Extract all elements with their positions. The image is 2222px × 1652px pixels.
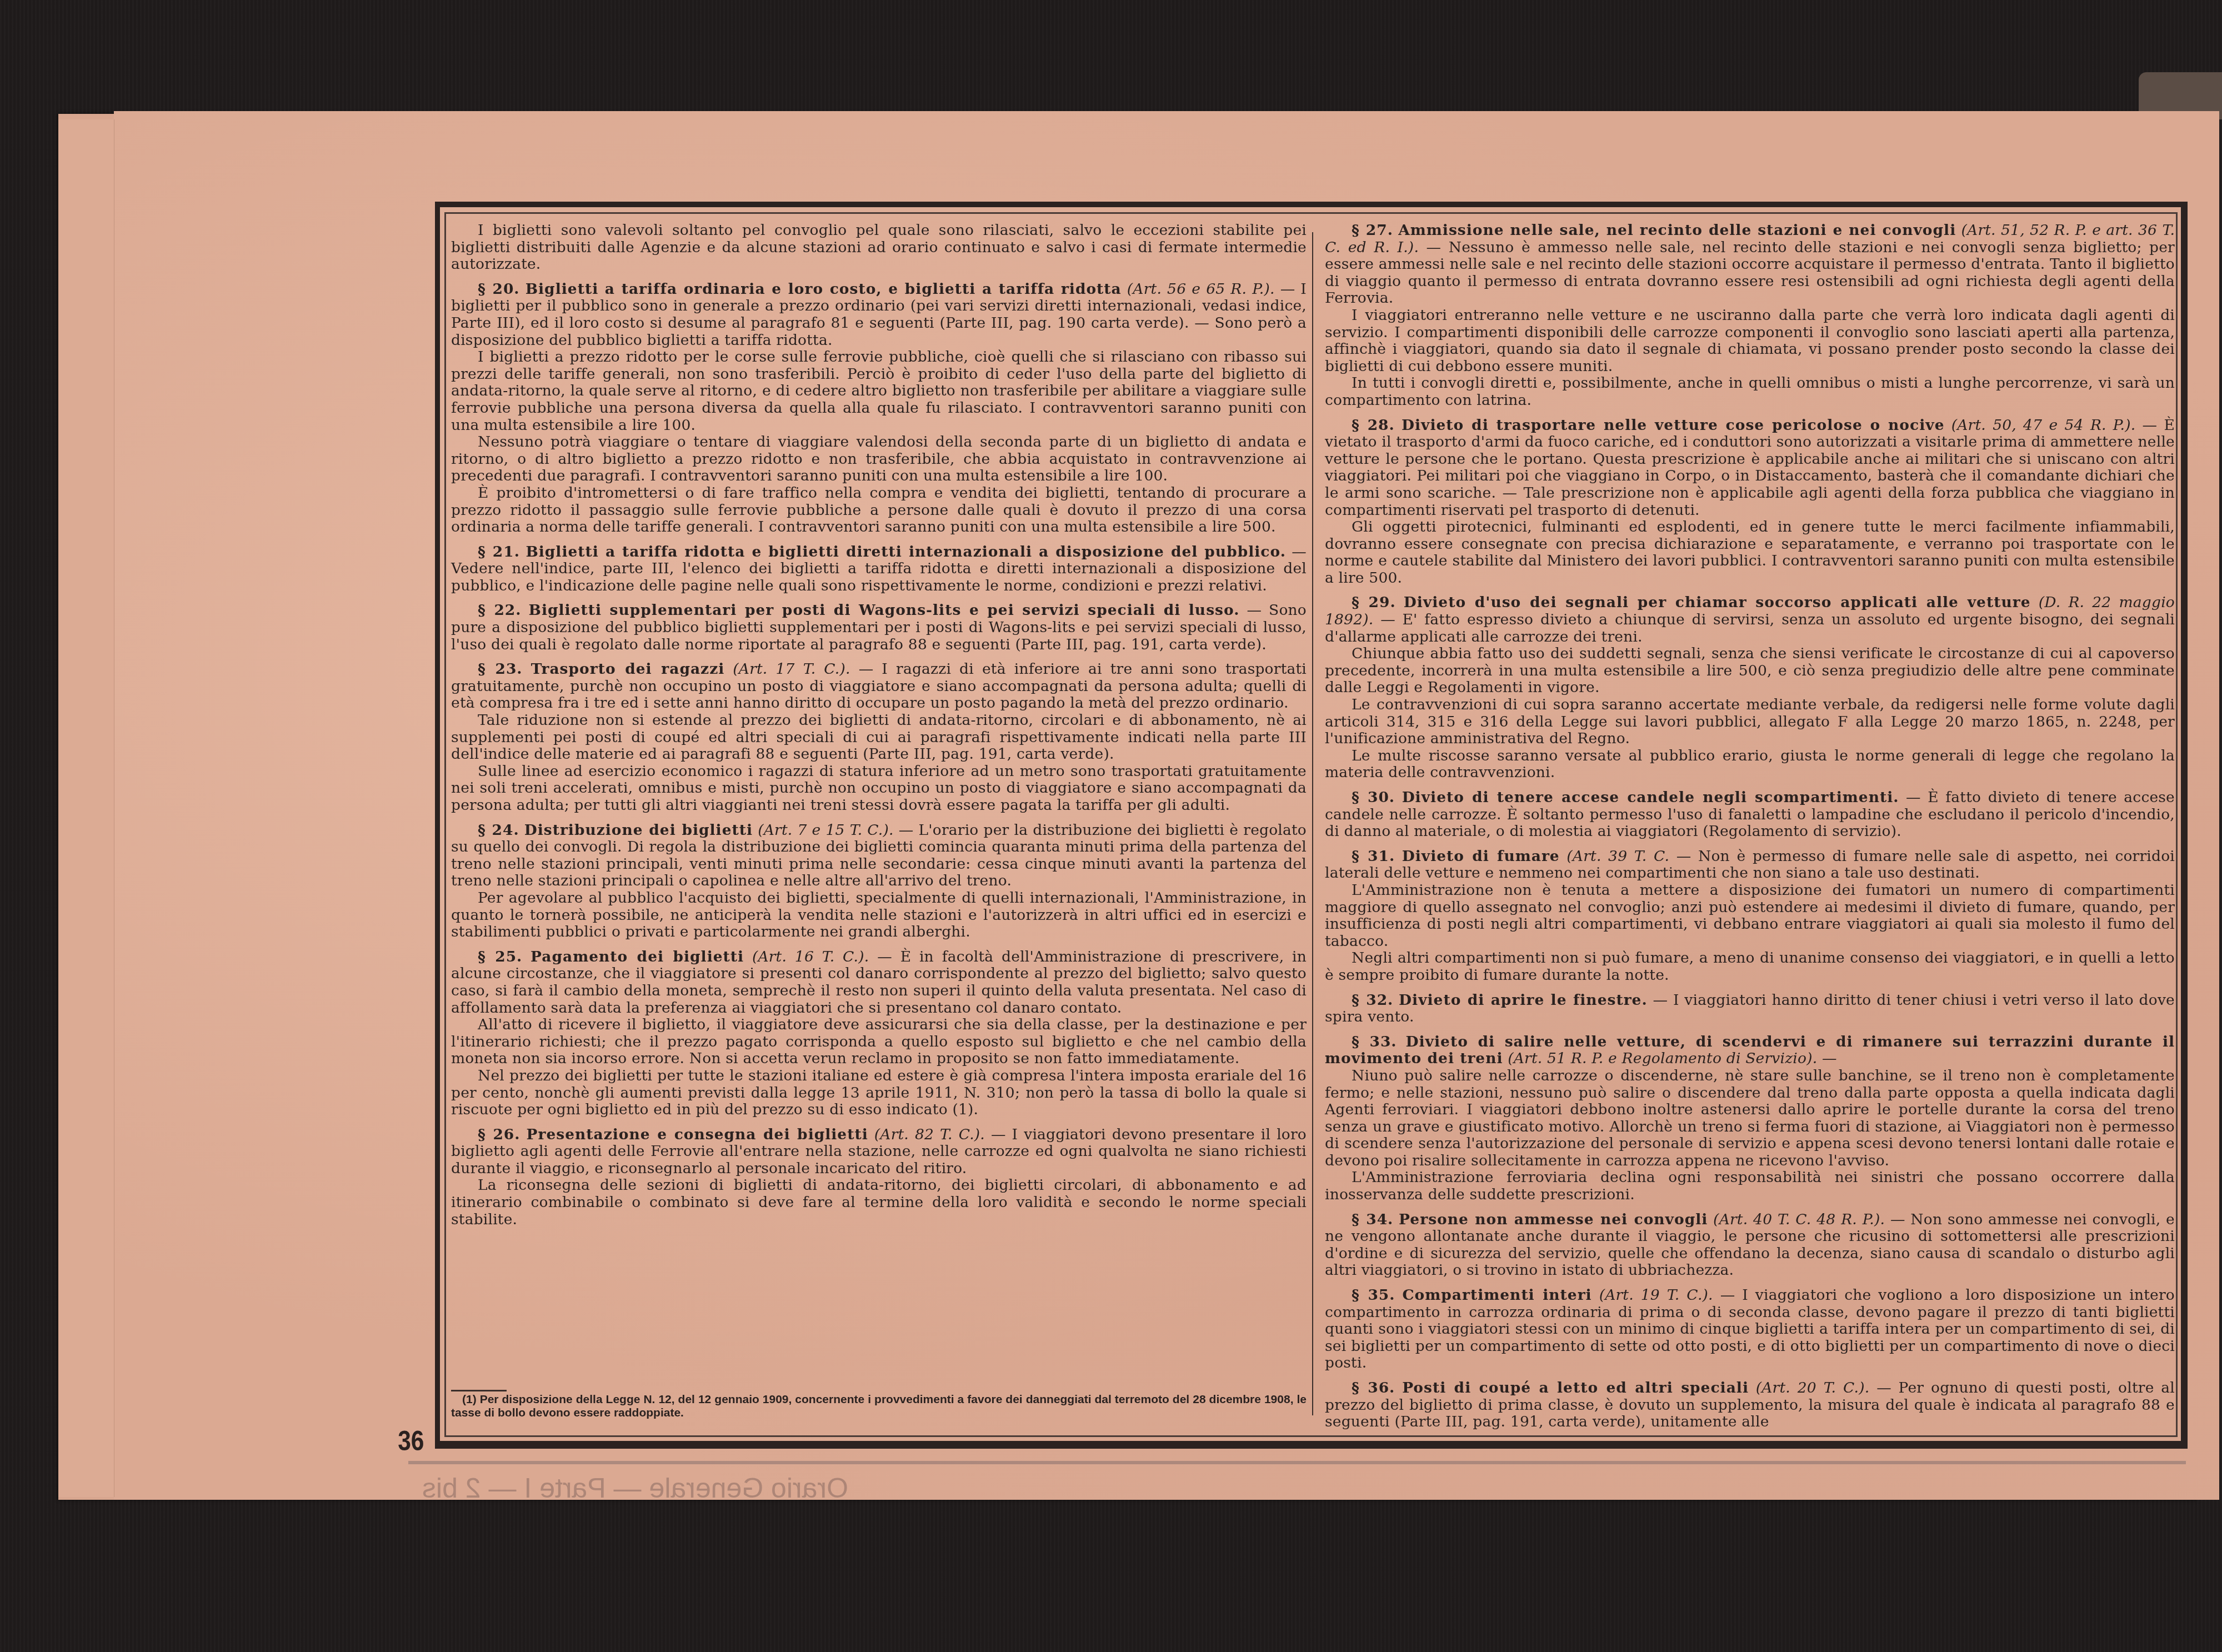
section-number: § 23. [478,660,523,678]
section-ref: (Art. 7 e 15 T. C.). [758,822,894,839]
section-number: § 30. [1352,789,1395,806]
section-22: § 22. Biglietti supplementari per posti … [451,602,1307,653]
section-paragraph: Tale riduzione non si estende al prezzo … [451,712,1307,763]
section-paragraph: Negli altri compartimenti non si può fum… [1325,950,2175,984]
section-text: — Nessuno è ammesso nelle sale, nel reci… [1325,239,2175,307]
left-column: I biglietti sono valevoli soltanto pel c… [451,222,1307,1228]
section-heading-paragraph: § 24. Distribuzione dei biglietti (Art. … [451,822,1307,890]
section-heading-paragraph: § 25. Pagamento dei biglietti (Art. 16 T… [451,949,1307,1017]
section-heading-paragraph: § 28. Divieto di trasportare nelle vettu… [1325,417,2175,519]
section-21: § 21. Biglietti a tariffa ridotta e bigl… [451,544,1307,595]
column-divider [1312,232,1313,1415]
section-paragraph: Nessuno potrà viaggiare o tentare di via… [451,434,1307,485]
section-number: § 34. [1352,1211,1393,1228]
show-through-rule [408,1461,2186,1464]
section-ref: (Art. 20 T. C.). [1756,1379,1870,1396]
section-36: § 36. Posti di coupé a letto ed altri sp… [1325,1380,2175,1431]
section-title: Divieto di trasportare nelle vetture cos… [1402,417,1945,434]
section-paragraph: Le multe riscosse saranno versate al pub… [1325,748,2175,782]
section-paragraph: Chiunque abbia fatto uso dei suddetti se… [1325,645,2175,697]
section-paragraph: L'Amministrazione non è tenuta a mettere… [1325,882,2175,950]
section-20: § 20. Biglietti a tariffa ordinaria e lo… [451,281,1307,536]
section-title: Biglietti a tariffa ordinaria e loro cos… [526,281,1122,298]
left-page-edge [58,119,114,1497]
section-number: § 29. [1352,594,1396,611]
section-heading-paragraph: § 30. Divieto di tenere accese candele n… [1325,789,2175,840]
section-title: Biglietti a tariffa ridotta e biglietti … [526,543,1286,560]
section-paragraph: Per agevolare al pubblico l'acquisto dei… [451,890,1307,941]
section-ref: (Art. 51 R. P. e Regolamento di Servizio… [1508,1050,1836,1067]
section-number: § 21. [478,543,520,560]
footnote-text: (1) Per disposizione della Legge N. 12, … [451,1393,1307,1420]
section-number: § 33. [1352,1033,1397,1050]
section-30: § 30. Divieto di tenere accese candele n… [1325,789,2175,840]
section-32: § 32. Divieto di aprire le finestre. — I… [1325,992,2175,1026]
section-heading-paragraph: § 34. Persone non ammesse nei convogli (… [1325,1212,2175,1279]
section-number: § 20. [478,281,520,298]
section-heading-paragraph: § 29. Divieto d'uso dei segnali per chia… [1325,594,2175,645]
section-paragraph: I biglietti a prezzo ridotto per le cors… [451,349,1307,434]
section-28: § 28. Divieto di trasportare nelle vettu… [1325,417,2175,587]
section-heading-paragraph: § 36. Posti di coupé a letto ed altri sp… [1325,1380,2175,1431]
section-heading-paragraph: § 23. Trasporto dei ragazzi (Art. 17 T. … [451,661,1307,712]
section-title: Divieto d'uso dei segnali per chiamar so… [1404,594,2031,611]
section-paragraph: All'atto di ricevere il biglietto, il vi… [451,1017,1307,1068]
section-ref: (Art. 19 T. C.). [1599,1286,1713,1304]
section-number: § 28. [1352,417,1395,434]
page-number: 36 [398,1425,424,1457]
section-title: Biglietti supplementari per posti di Wag… [529,602,1240,619]
section-title: Divieto di aprire le finestre. [1399,992,1648,1009]
section-ref: (Art. 56 e 65 R. P.). [1127,281,1275,298]
section-title: Divieto di fumare [1402,848,1560,865]
section-23: § 23. Trasporto dei ragazzi (Art. 17 T. … [451,661,1307,814]
section-heading-paragraph: § 32. Divieto di aprire le finestre. — I… [1325,992,2175,1026]
section-heading-paragraph: § 33. Divieto di salire nelle vetture, d… [1325,1034,2175,1068]
section-26: § 26. Presentazione e consegna dei bigli… [451,1127,1307,1229]
intro-paragraph: I biglietti sono valevoli soltanto pel c… [451,222,1307,273]
section-ref: (Art. 40 T. C. 48 R. P.). [1713,1211,1885,1228]
section-heading-paragraph: § 27. Ammissione nelle sale, nel recinto… [1325,222,2175,307]
section-title: Persone non ammesse nei convogli [1399,1211,1708,1228]
section-title: Distribuzione dei biglietti [524,822,753,839]
section-paragraph: Sulle linee ad esercizio economico i rag… [451,763,1307,814]
section-heading-paragraph: § 26. Presentazione e consegna dei bigli… [451,1127,1307,1178]
section-paragraph: La riconsegna delle sezioni di biglietti… [451,1177,1307,1228]
section-title: Posti di coupé a letto ed altri speciali [1402,1379,1749,1396]
section-number: § 27. [1352,222,1393,239]
section-34: § 34. Persone non ammesse nei convogli (… [1325,1212,2175,1279]
section-title: Pagamento dei biglietti [531,948,744,965]
section-ref: (Art. 16 T. C.). [752,948,869,965]
section-title: Compartimenti interi [1402,1286,1592,1304]
footnote-rule [451,1390,507,1391]
section-heading-paragraph: § 22. Biglietti supplementari per posti … [451,602,1307,653]
section-35: § 35. Compartimenti interi (Art. 19 T. C… [1325,1287,2175,1372]
section-paragraph: I viaggiatori entreranno nelle vetture e… [1325,307,2175,375]
section-paragraph: Niuno può salire nelle carrozze o discen… [1325,1068,2175,1170]
section-paragraph: Nel prezzo dei biglietti per tutte le st… [451,1068,1307,1119]
section-title: Ammissione nelle sale, nel recinto delle… [1398,222,1956,239]
right-column: § 27. Ammissione nelle sale, nel recinto… [1325,222,2175,1431]
section-heading-paragraph: § 21. Biglietti a tariffa ridotta e bigl… [451,544,1307,595]
section-ref: (Art. 82 T. C.). [874,1126,985,1143]
section-31: § 31. Divieto di fumare (Art. 39 T. C. —… [1325,848,2175,984]
section-title: Divieto di tenere accese candele negli s… [1402,789,1899,806]
section-ref: (Art. 39 T. C. [1567,848,1669,865]
section-number: § 25. [478,948,522,965]
section-number: § 36. [1352,1379,1395,1396]
section-ref: (Art. 50, 47 e 54 R. P.). [1951,417,2136,434]
section-paragraph: È proibito d'intromettersi o di fare tra… [451,485,1307,536]
section-number: § 35. [1352,1286,1395,1304]
section-title: Trasporto dei ragazzi [531,660,725,678]
section-paragraph: Gli oggetti pirotecnici, fulminanti ed e… [1325,519,2175,587]
section-ref: (Art. 17 T. C.). [733,660,850,678]
section-number: § 32. [1352,992,1393,1009]
section-paragraph: In tutti i convogli diretti e, possibilm… [1325,375,2175,409]
section-29: § 29. Divieto d'uso dei segnali per chia… [1325,594,2175,782]
section-heading-paragraph: § 20. Biglietti a tariffa ordinaria e lo… [451,281,1307,349]
footnote: (1) Per disposizione della Legge N. 12, … [451,1393,1307,1420]
section-33: § 33. Divieto di salire nelle vetture, d… [1325,1034,2175,1204]
section-title: Presentazione e consegna dei biglietti [527,1126,868,1143]
section-27: § 27. Ammissione nelle sale, nel recinto… [1325,222,2175,409]
section-heading-paragraph: § 31. Divieto di fumare (Art. 39 T. C. —… [1325,848,2175,882]
section-25: § 25. Pagamento dei biglietti (Art. 16 T… [451,949,1307,1119]
section-number: § 24. [478,822,519,839]
section-text: — E' fatto espresso divieto a chiunque d… [1325,611,2175,645]
section-24: § 24. Distribuzione dei biglietti (Art. … [451,822,1307,941]
section-heading-paragraph: § 35. Compartimenti interi (Art. 19 T. C… [1325,1287,2175,1372]
section-paragraph: Le contravvenzioni di cui sopra saranno … [1325,697,2175,748]
section-paragraph: L'Amministrazione ferroviaria declina og… [1325,1169,2175,1203]
section-number: § 26. [478,1126,521,1143]
section-number: § 22. [478,602,522,619]
section-number: § 31. [1352,848,1395,865]
show-through-running-title: Orario Generale — Parte I — 2 bis [422,1472,848,1504]
